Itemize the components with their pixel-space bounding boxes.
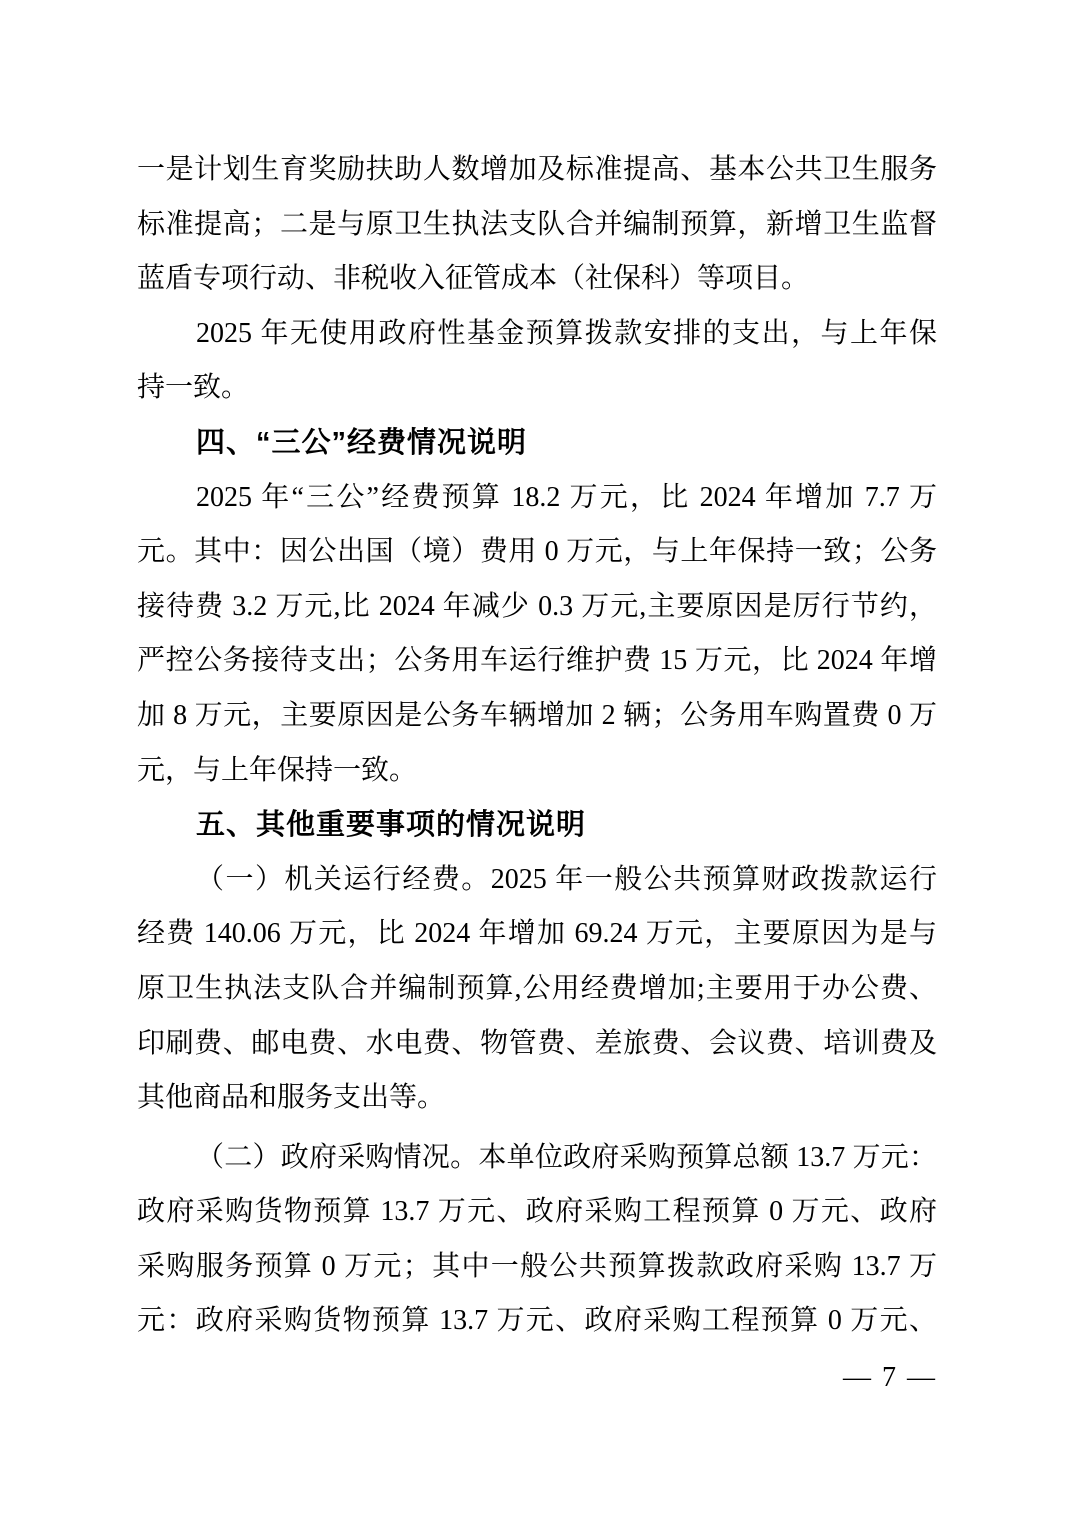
section-heading-four: 四、“三公”经费情况说明: [137, 416, 937, 471]
text-line: 政府采购货物预算 13.7 万元、政府采购工程预算 0 万元、政府: [137, 1185, 937, 1240]
text-line: （二）政府采购情况。本单位政府采购预算总额 13.7 万元：: [137, 1131, 937, 1186]
text-line: 一是计划生育奖励扶助人数增加及标准提高、基本公共卫生服务: [137, 143, 937, 198]
text-line: 经费 140.06 万元，比 2024 年增加 69.24 万元，主要原因为是与: [137, 907, 937, 962]
text-line: 元，与上年保持一致。: [137, 744, 937, 799]
text-line: 2025 年无使用政府性基金预算拨款安排的支出，与上年保: [137, 307, 937, 362]
text-line: 蓝盾专项行动、非税收入征管成本（社保科）等项目。: [137, 252, 937, 307]
text-line: 标准提高；二是与原卫生执法支队合并编制预算，新增卫生监督: [137, 198, 937, 253]
text-line: 持一致。: [137, 361, 937, 416]
text-line: 严控公务接待支出；公务用车运行维护费 15 万元，比 2024 年增: [137, 634, 937, 689]
text-line: 2025 年“三公”经费预算 18.2 万元，比 2024 年增加 7.7 万: [137, 471, 937, 526]
text-line: （一）机关运行经费。2025 年一般公共预算财政拨款运行: [137, 853, 937, 908]
document-page: 一是计划生育奖励扶助人数增加及标准提高、基本公共卫生服务 标准提高；二是与原卫生…: [0, 0, 1074, 1520]
text-line: 加 8 万元，主要原因是公务车辆增加 2 辆；公务用车购置费 0 万: [137, 689, 937, 744]
text-line: 采购服务预算 0 万元；其中一般公共预算拨款政府采购 13.7 万: [137, 1240, 937, 1295]
text-line: 元。其中：因公出国（境）费用 0 万元，与上年保持一致；公务: [137, 525, 937, 580]
document-body: 一是计划生育奖励扶助人数增加及标准提高、基本公共卫生服务 标准提高；二是与原卫生…: [137, 143, 937, 1403]
text-line: 元：政府采购货物预算 13.7 万元、政府采购工程预算 0 万元、: [137, 1294, 937, 1349]
text-line: 原卫生执法支队合并编制预算,公用经费增加;主要用于办公费、: [137, 962, 937, 1017]
text-line: 印刷费、邮电费、水电费、物管费、差旅费、会议费、培训费及: [137, 1017, 937, 1072]
text-line: 其他商品和服务支出等。: [137, 1071, 937, 1126]
section-heading-five: 五、其他重要事项的情况说明: [137, 798, 937, 853]
text-line: 接待费 3.2 万元,比 2024 年减少 0.3 万元,主要原因是厉行节约，: [137, 580, 937, 635]
page-number: — 7 —: [137, 1353, 937, 1403]
